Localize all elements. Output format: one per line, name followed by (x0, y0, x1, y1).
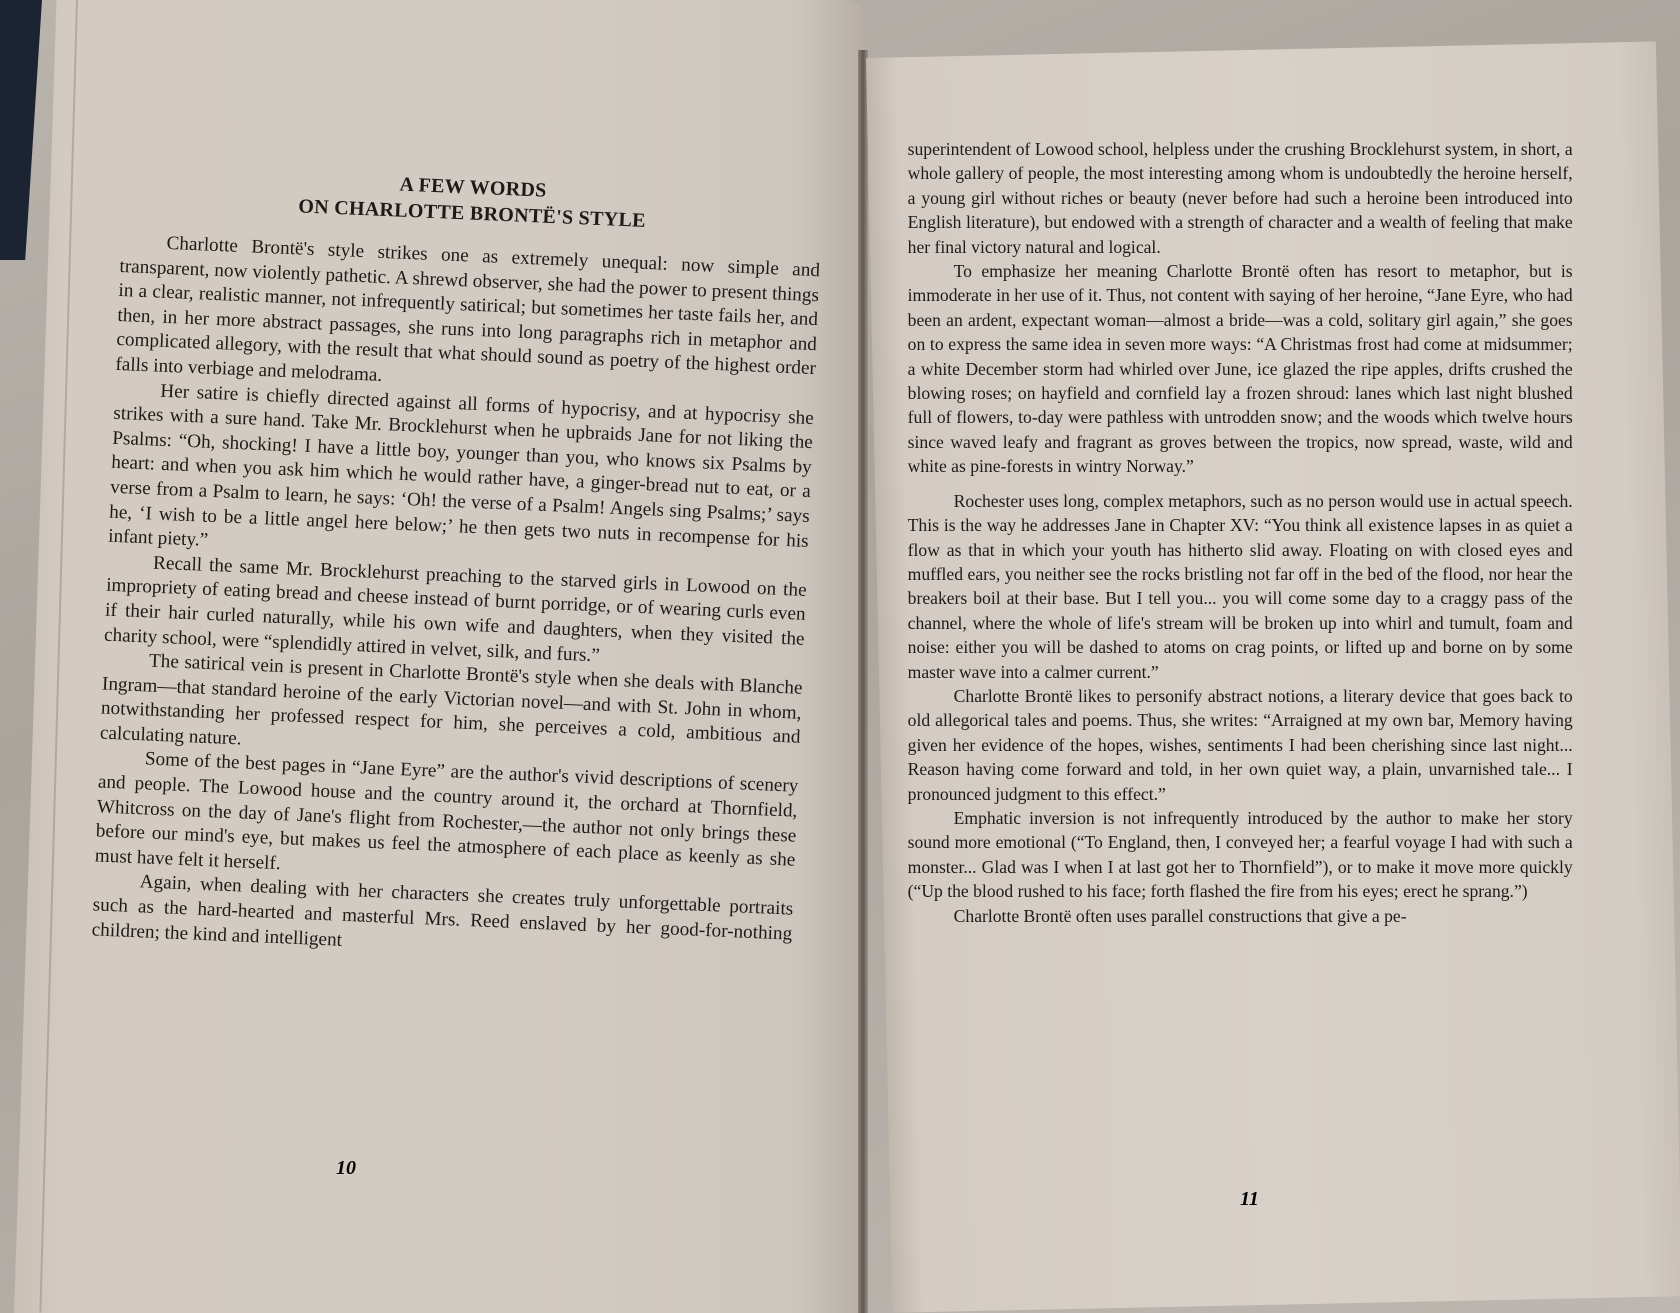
paragraph: Emphatic inversion is not infrequently i… (908, 806, 1573, 904)
left-page-content: A FEW WORDS ON CHARLOTTE BRONTË'S STYLE … (91, 160, 823, 972)
right-page-content: superintendent of Lowood school, helples… (908, 137, 1573, 928)
right-page: superintendent of Lowood school, helples… (866, 41, 1680, 1312)
dark-book-cover-edge (0, 0, 42, 260)
paragraph: superintendent of Lowood school, helples… (908, 137, 1573, 259)
book-gutter (858, 50, 868, 1313)
paragraph: Charlotte Brontë's style strikes one as … (115, 230, 821, 407)
page-number-right: 11 (1240, 1188, 1259, 1211)
paragraph: Her satire is chiefly directed against a… (108, 377, 815, 578)
left-page: A FEW WORDS ON CHARLOTTE BRONTË'S STYLE … (14, 0, 864, 1313)
right-body-text: superintendent of Lowood school, helples… (908, 137, 1573, 928)
paragraph: Rochester uses long, complex metaphors, … (908, 489, 1573, 684)
page-fold-line (39, 0, 78, 1313)
paragraph: Charlotte Brontë often uses parallel con… (908, 904, 1573, 928)
left-body-text: Charlotte Brontë's style strikes one as … (91, 230, 820, 972)
page-number-left: 10 (336, 1157, 356, 1180)
paragraph: To emphasize her meaning Charlotte Bront… (908, 259, 1573, 479)
paragraph: Charlotte Brontë likes to personify abst… (908, 684, 1573, 806)
chapter-title: A FEW WORDS ON CHARLOTTE BRONTË'S STYLE (122, 160, 824, 241)
